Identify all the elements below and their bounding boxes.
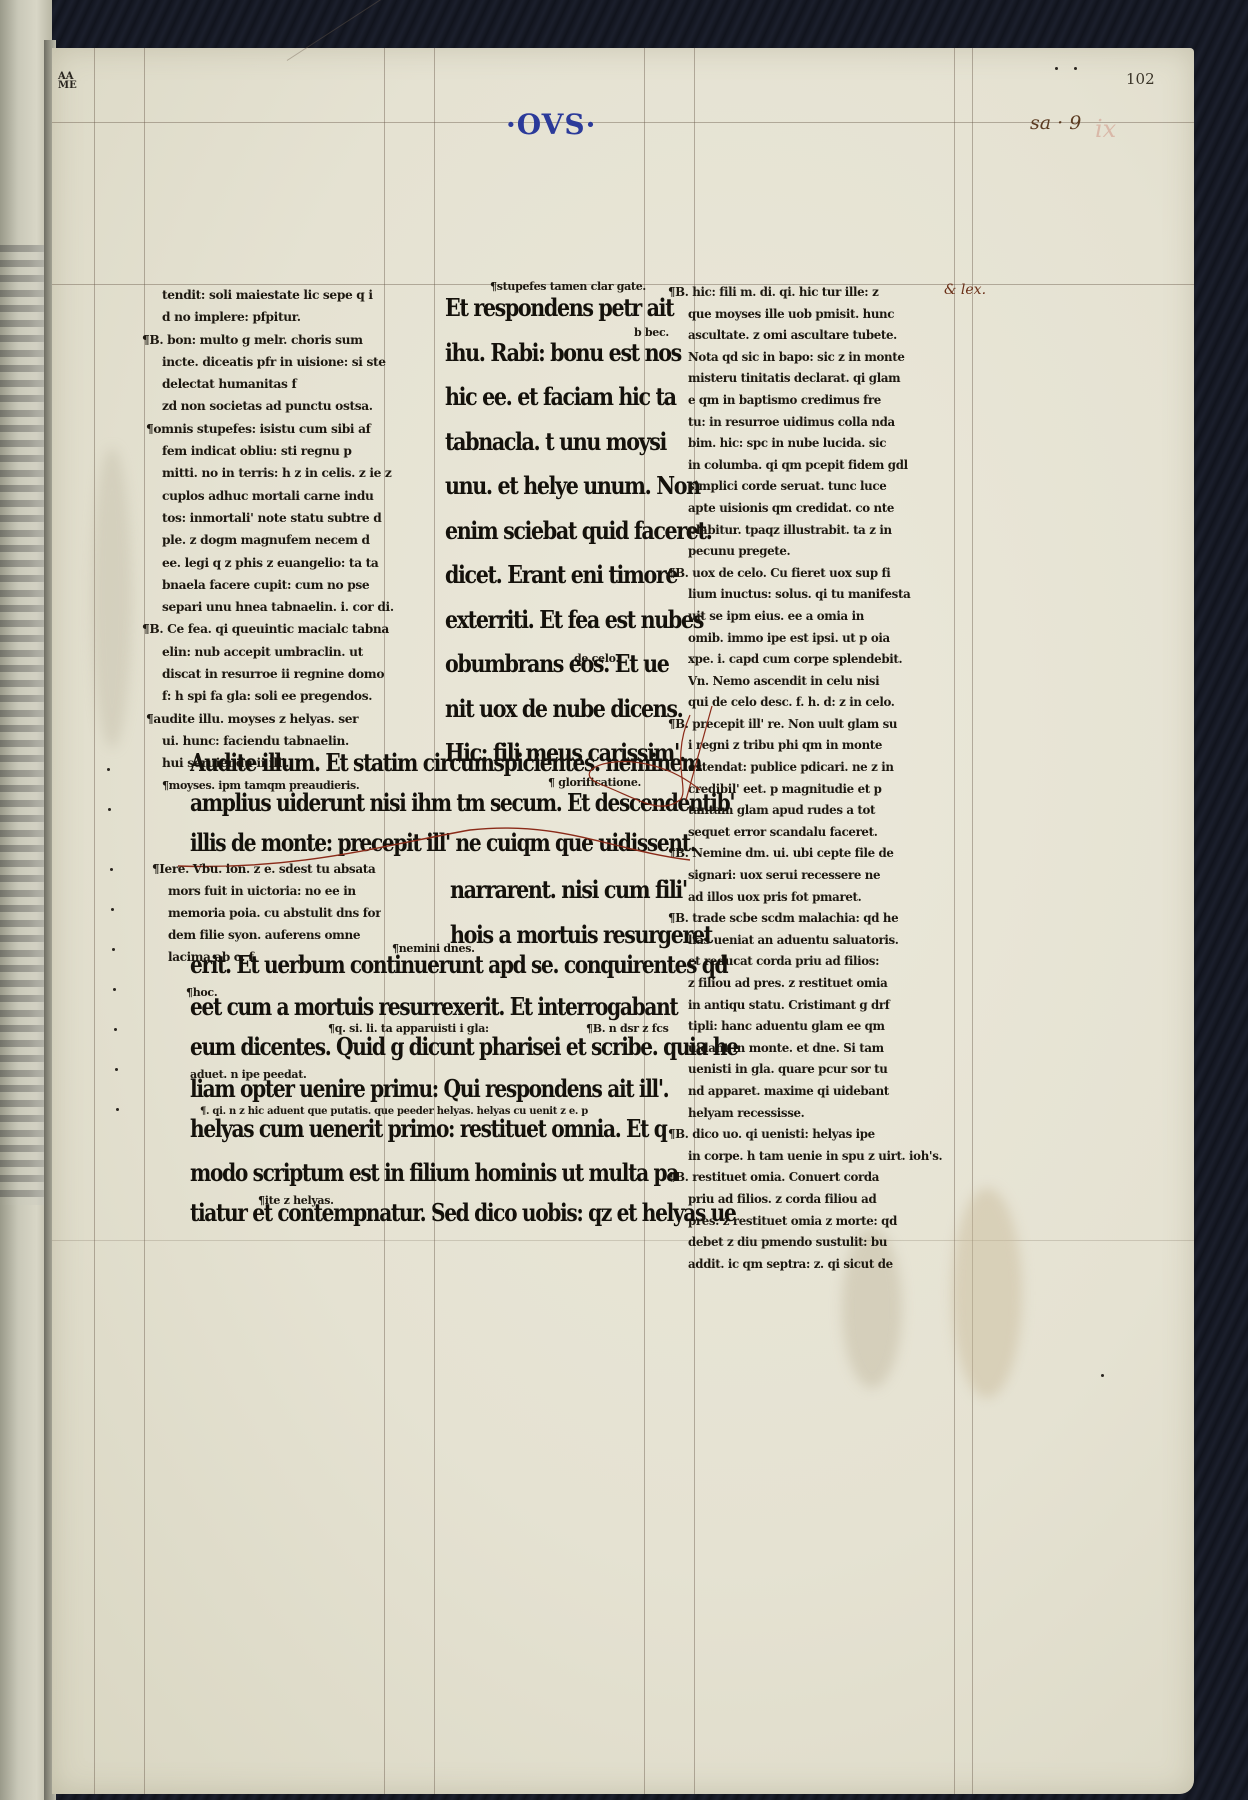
wide-text-line: erit. Et uerbum continuerunt apd se. con… [190,950,727,979]
gloss-line: ¶Iere. Vbu. ion. z e. sdest tu absata [152,858,381,880]
wide-text-line: liam opter uenire primu: Qui respondens … [190,1074,668,1103]
gloss-line: mors fuit in uictoria: no ee in [168,880,381,902]
text-line: narrarent. nisi cum fili' [450,868,712,913]
wide-text-line: helyas cum uenerit primo: restituet omni… [190,1114,666,1143]
gloss-line: dem filie syon. auferens omne [168,924,381,946]
wide-text-line: eum dicentes. Quid g dicunt pharisei et … [190,1032,738,1061]
wide-text-line: eet cum a mortuis resurrexerit. Et inter… [190,992,677,1021]
wide-text-line: modo scriptum est in filium hominis ut m… [190,1158,678,1187]
gloss-line: memoria poia. cu abstulit dns for [168,902,381,924]
center-short-lines: narrarent. nisi cum fili' hois a mortuis… [450,868,712,957]
wide-text-line: tiatur et contempnatur. Sed dico uobis: … [190,1198,735,1227]
